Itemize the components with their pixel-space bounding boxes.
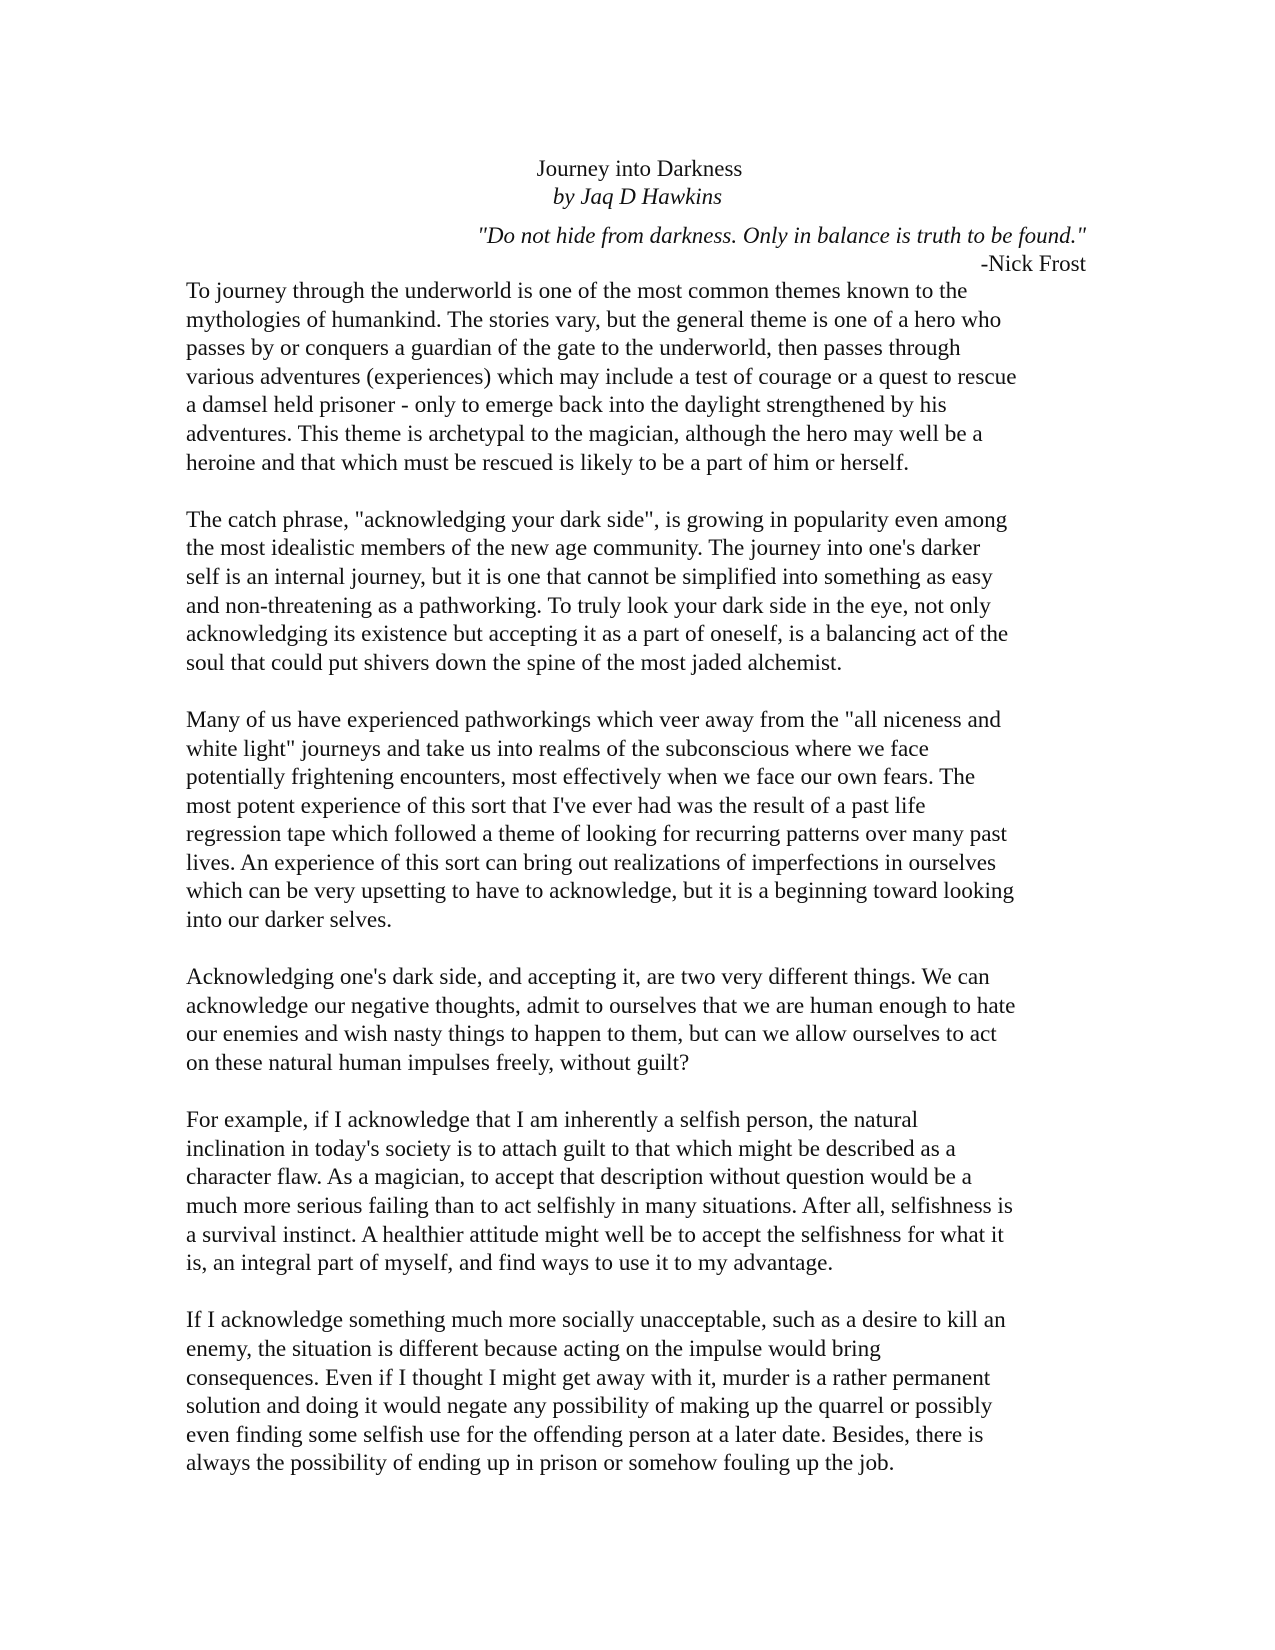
text-line: The catch phrase, "acknowledging your da… bbox=[186, 506, 1096, 535]
text-line: various adventures (experiences) which m… bbox=[186, 363, 1096, 392]
body-text: To journey through the underworld is one… bbox=[186, 277, 1096, 1507]
text-line: much more serious failing than to act se… bbox=[186, 1192, 1096, 1221]
text-line: white light" journeys and take us into r… bbox=[186, 735, 1096, 764]
paragraph-1: To journey through the underworld is one… bbox=[186, 277, 1096, 477]
text-line: character flaw. As a magician, to accept… bbox=[186, 1163, 1096, 1192]
text-line: lives. An experience of this sort can br… bbox=[186, 849, 1096, 878]
document-page: Journey into Darkness by Jaq D Hawkins "… bbox=[0, 0, 1275, 1650]
text-line: our enemies and wish nasty things to hap… bbox=[186, 1020, 1096, 1049]
text-line: enemy, the situation is different becaus… bbox=[186, 1335, 1096, 1364]
text-line: on these natural human impulses freely, … bbox=[186, 1049, 1096, 1078]
text-line: mythologies of humankind. The stories va… bbox=[186, 306, 1096, 335]
text-line: To journey through the underworld is one… bbox=[186, 277, 1096, 306]
text-line: into our darker selves. bbox=[186, 906, 1096, 935]
text-line: soul that could put shivers down the spi… bbox=[186, 649, 1096, 678]
text-line: self is an internal journey, but it is o… bbox=[186, 563, 1096, 592]
text-line: acknowledging its existence but acceptin… bbox=[186, 620, 1096, 649]
text-line: potentially frightening encounters, most… bbox=[186, 763, 1096, 792]
text-line: consequences. Even if I thought I might … bbox=[186, 1364, 1096, 1393]
text-line: Acknowledging one's dark side, and accep… bbox=[186, 963, 1096, 992]
text-line: Many of us have experienced pathworkings… bbox=[186, 706, 1096, 735]
text-line: inclination in today's society is to att… bbox=[186, 1135, 1096, 1164]
text-line: the most idealistic members of the new a… bbox=[186, 534, 1096, 563]
text-line: which can be very upsetting to have to a… bbox=[186, 877, 1096, 906]
paragraph-3: Many of us have experienced pathworkings… bbox=[186, 706, 1096, 935]
epigraph-attribution: -Nick Frost bbox=[477, 250, 1086, 278]
document-title: Journey into Darkness bbox=[0, 155, 1275, 183]
text-line: For example, if I acknowledge that I am … bbox=[186, 1106, 1096, 1135]
text-line: adventures. This theme is archetypal to … bbox=[186, 420, 1096, 449]
text-line: a damsel held prisoner - only to emerge … bbox=[186, 391, 1096, 420]
text-line: If I acknowledge something much more soc… bbox=[186, 1306, 1096, 1335]
text-line: solution and doing it would negate any p… bbox=[186, 1392, 1096, 1421]
text-line: regression tape which followed a theme o… bbox=[186, 820, 1096, 849]
text-line: passes by or conquers a guardian of the … bbox=[186, 334, 1096, 363]
paragraph-5: For example, if I acknowledge that I am … bbox=[186, 1106, 1096, 1278]
paragraph-4: Acknowledging one's dark side, and accep… bbox=[186, 963, 1096, 1077]
epigraph-quote: "Do not hide from darkness. Only in bala… bbox=[477, 222, 1086, 250]
title-text: Journey into Darkness bbox=[537, 155, 743, 183]
text-line: heroine and that which must be rescued i… bbox=[186, 449, 1096, 478]
text-line: acknowledge our negative thoughts, admit… bbox=[186, 992, 1096, 1021]
author-byline: by Jaq D Hawkins bbox=[0, 183, 1275, 211]
text-line: even finding some selfish use for the of… bbox=[186, 1421, 1096, 1450]
text-line: a survival instinct. A healthier attitud… bbox=[186, 1221, 1096, 1250]
text-line: and non-threatening as a pathworking. To… bbox=[186, 592, 1096, 621]
text-line: always the possibility of ending up in p… bbox=[186, 1449, 1096, 1478]
epigraph: "Do not hide from darkness. Only in bala… bbox=[477, 222, 1086, 278]
text-line: most potent experience of this sort that… bbox=[186, 792, 1096, 821]
paragraph-6: If I acknowledge something much more soc… bbox=[186, 1306, 1096, 1478]
text-line: is, an integral part of myself, and find… bbox=[186, 1249, 1096, 1278]
paragraph-2: The catch phrase, "acknowledging your da… bbox=[186, 506, 1096, 678]
